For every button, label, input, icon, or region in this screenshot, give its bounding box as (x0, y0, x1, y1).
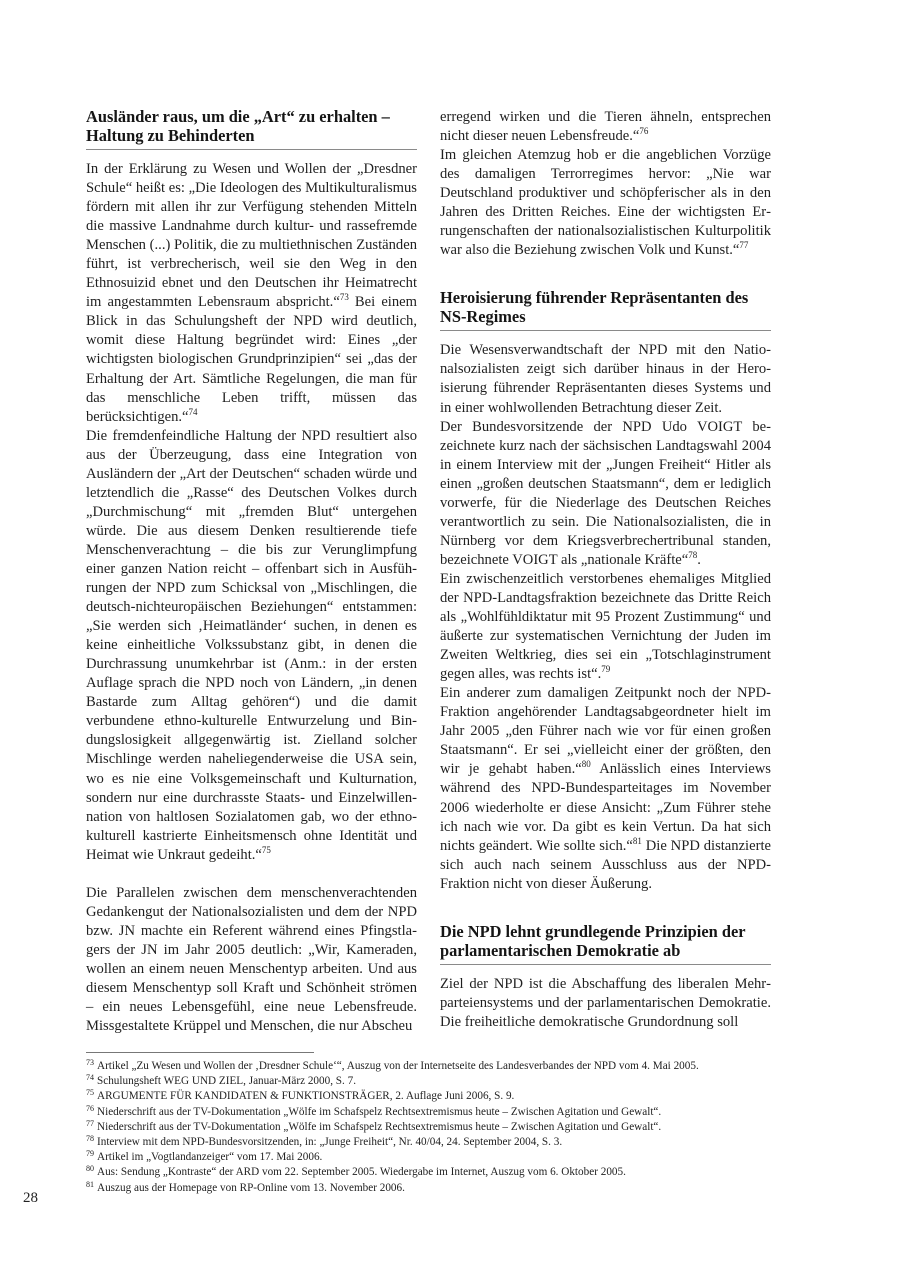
paragraph: Ziel der NPD ist die Abschaffung des lib… (440, 975, 771, 1032)
footnote-text: Niederschrift aus der TV-Dokumentation „… (97, 1106, 661, 1118)
footnote-80: 80Aus: Sendung „Kontraste“ der ARD vom 2… (86, 1165, 786, 1180)
footnote-number: 75 (86, 1088, 94, 1097)
footnote-number: 79 (86, 1149, 94, 1158)
footnote-74: 74Schulungsheft WEG UND ZIEL, Januar-Mär… (86, 1074, 786, 1089)
footnote-text: Artikel „Zu Wesen und Wollen der ‚Dresdn… (97, 1060, 699, 1072)
paragraph-text: Der Bundesvorsitzende der NPD Udo VOIGT … (440, 419, 771, 568)
footnote-78: 78Interview mit dem NPD-Bundesvorsitzend… (86, 1135, 786, 1150)
left-column: Ausländer raus, um die „Art“ zu erhalten… (86, 107, 417, 1036)
section-heading-heroisierung: Heroisierung führender Repräsentanten de… (440, 288, 771, 331)
footnote-ref[interactable]: 77 (739, 240, 748, 250)
section-heading-demokratie: Die NPD lehnt grundlegende Prinzipien de… (440, 922, 771, 965)
footnote-ref[interactable]: 73 (340, 292, 349, 302)
footnote-divider (86, 1052, 314, 1053)
spacer (440, 894, 771, 922)
footnote-number: 74 (86, 1073, 94, 1082)
footnote-77: 77Niederschrift aus der TV-Dokumentation… (86, 1120, 786, 1135)
footnote-number: 78 (86, 1134, 94, 1143)
paragraph: Ein anderer zum damaligen Zeitpunkt noch… (440, 684, 771, 894)
footnote-text: Niederschrift aus der TV-Dokumentation „… (97, 1121, 661, 1133)
footnote-ref[interactable]: 80 (582, 759, 591, 769)
paragraph-text: erregend wirken und die Tieren ähneln, e… (440, 109, 771, 144)
footnote-ref[interactable]: 74 (189, 407, 198, 417)
paragraph: Der Bundesvorsitzende der NPD Udo VOIGT … (440, 418, 771, 570)
footnote-number: 80 (86, 1164, 94, 1173)
page-number: 28 (23, 1190, 38, 1207)
footnote-text: Schulungsheft WEG UND ZIEL, Januar-März … (97, 1075, 356, 1087)
paragraph: Die fremdenfeindliche Haltung der NPD re… (86, 427, 417, 865)
footnote-75: 75ARGUMENTE FÜR KANDIDATEN & FUNKTIONSTR… (86, 1089, 786, 1104)
footnote-ref[interactable]: 78 (688, 550, 697, 560)
spacer (86, 865, 417, 884)
footnote-text: Aus: Sendung „Kontraste“ der ARD vom 22.… (97, 1166, 626, 1178)
footnote-ref[interactable]: 76 (639, 126, 648, 136)
footnote-text: ARGUMENTE FÜR KANDIDATEN & FUNKTIONSTRÄG… (97, 1090, 514, 1102)
footnote-text: Auszug aus der Homepage von RP-Online vo… (97, 1182, 405, 1194)
footnote-79: 79Artikel im „Vogtlandanzeiger“ vom 17. … (86, 1150, 786, 1165)
paragraph-text: Die fremdenfeindliche Haltung der NPD re… (86, 428, 417, 863)
footnote-number: 77 (86, 1119, 94, 1128)
footnote-81: 81Auszug aus der Homepage von RP-Online … (86, 1181, 786, 1196)
right-column: erregend wirken und die Tieren ähneln, e… (440, 108, 771, 1032)
footnote-number: 73 (86, 1058, 94, 1067)
paragraph-text: Im gleichen Atemzug hob er die angeblich… (440, 147, 771, 258)
paragraph: Die Wesensverwandtschaft der NPD mit den… (440, 341, 771, 417)
footnote-73: 73Artikel „Zu Wesen und Wollen der ‚Dres… (86, 1059, 786, 1074)
paragraph: Die Parallelen zwischen dem menschenvera… (86, 884, 417, 1036)
paragraph-text: Bei einem Blick in das Schulungsheft der… (86, 294, 417, 424)
footnote-number: 76 (86, 1104, 94, 1113)
paragraph: Im gleichen Atemzug hob er die angeblich… (440, 146, 771, 260)
section-heading-auslaender: Ausländer raus, um die „Art“ zu erhalten… (86, 107, 417, 150)
paragraph: erregend wirken und die Tieren ähneln, e… (440, 108, 771, 146)
paragraph: In der Erklärung zu Wesen und Wollen der… (86, 160, 417, 427)
footnote-76: 76Niederschrift aus der TV-Dokumentation… (86, 1105, 786, 1120)
footnote-text: Artikel im „Vogtlandanzeiger“ vom 17. Ma… (97, 1151, 322, 1163)
footnote-text: Interview mit dem NPD-Bundesvorsitzenden… (97, 1136, 562, 1148)
footnotes: 73Artikel „Zu Wesen und Wollen der ‚Dres… (86, 1052, 786, 1196)
footnote-number: 81 (86, 1180, 94, 1189)
footnote-ref[interactable]: 81 (633, 836, 642, 846)
paragraph: Ein zwischenzeitlich verstorbenes ehemal… (440, 570, 771, 684)
paragraph-text: In der Erklärung zu Wesen und Wollen der… (86, 161, 417, 310)
footnote-ref[interactable]: 75 (262, 845, 271, 855)
footnote-ref[interactable]: 79 (601, 664, 610, 674)
spacer (440, 260, 771, 288)
